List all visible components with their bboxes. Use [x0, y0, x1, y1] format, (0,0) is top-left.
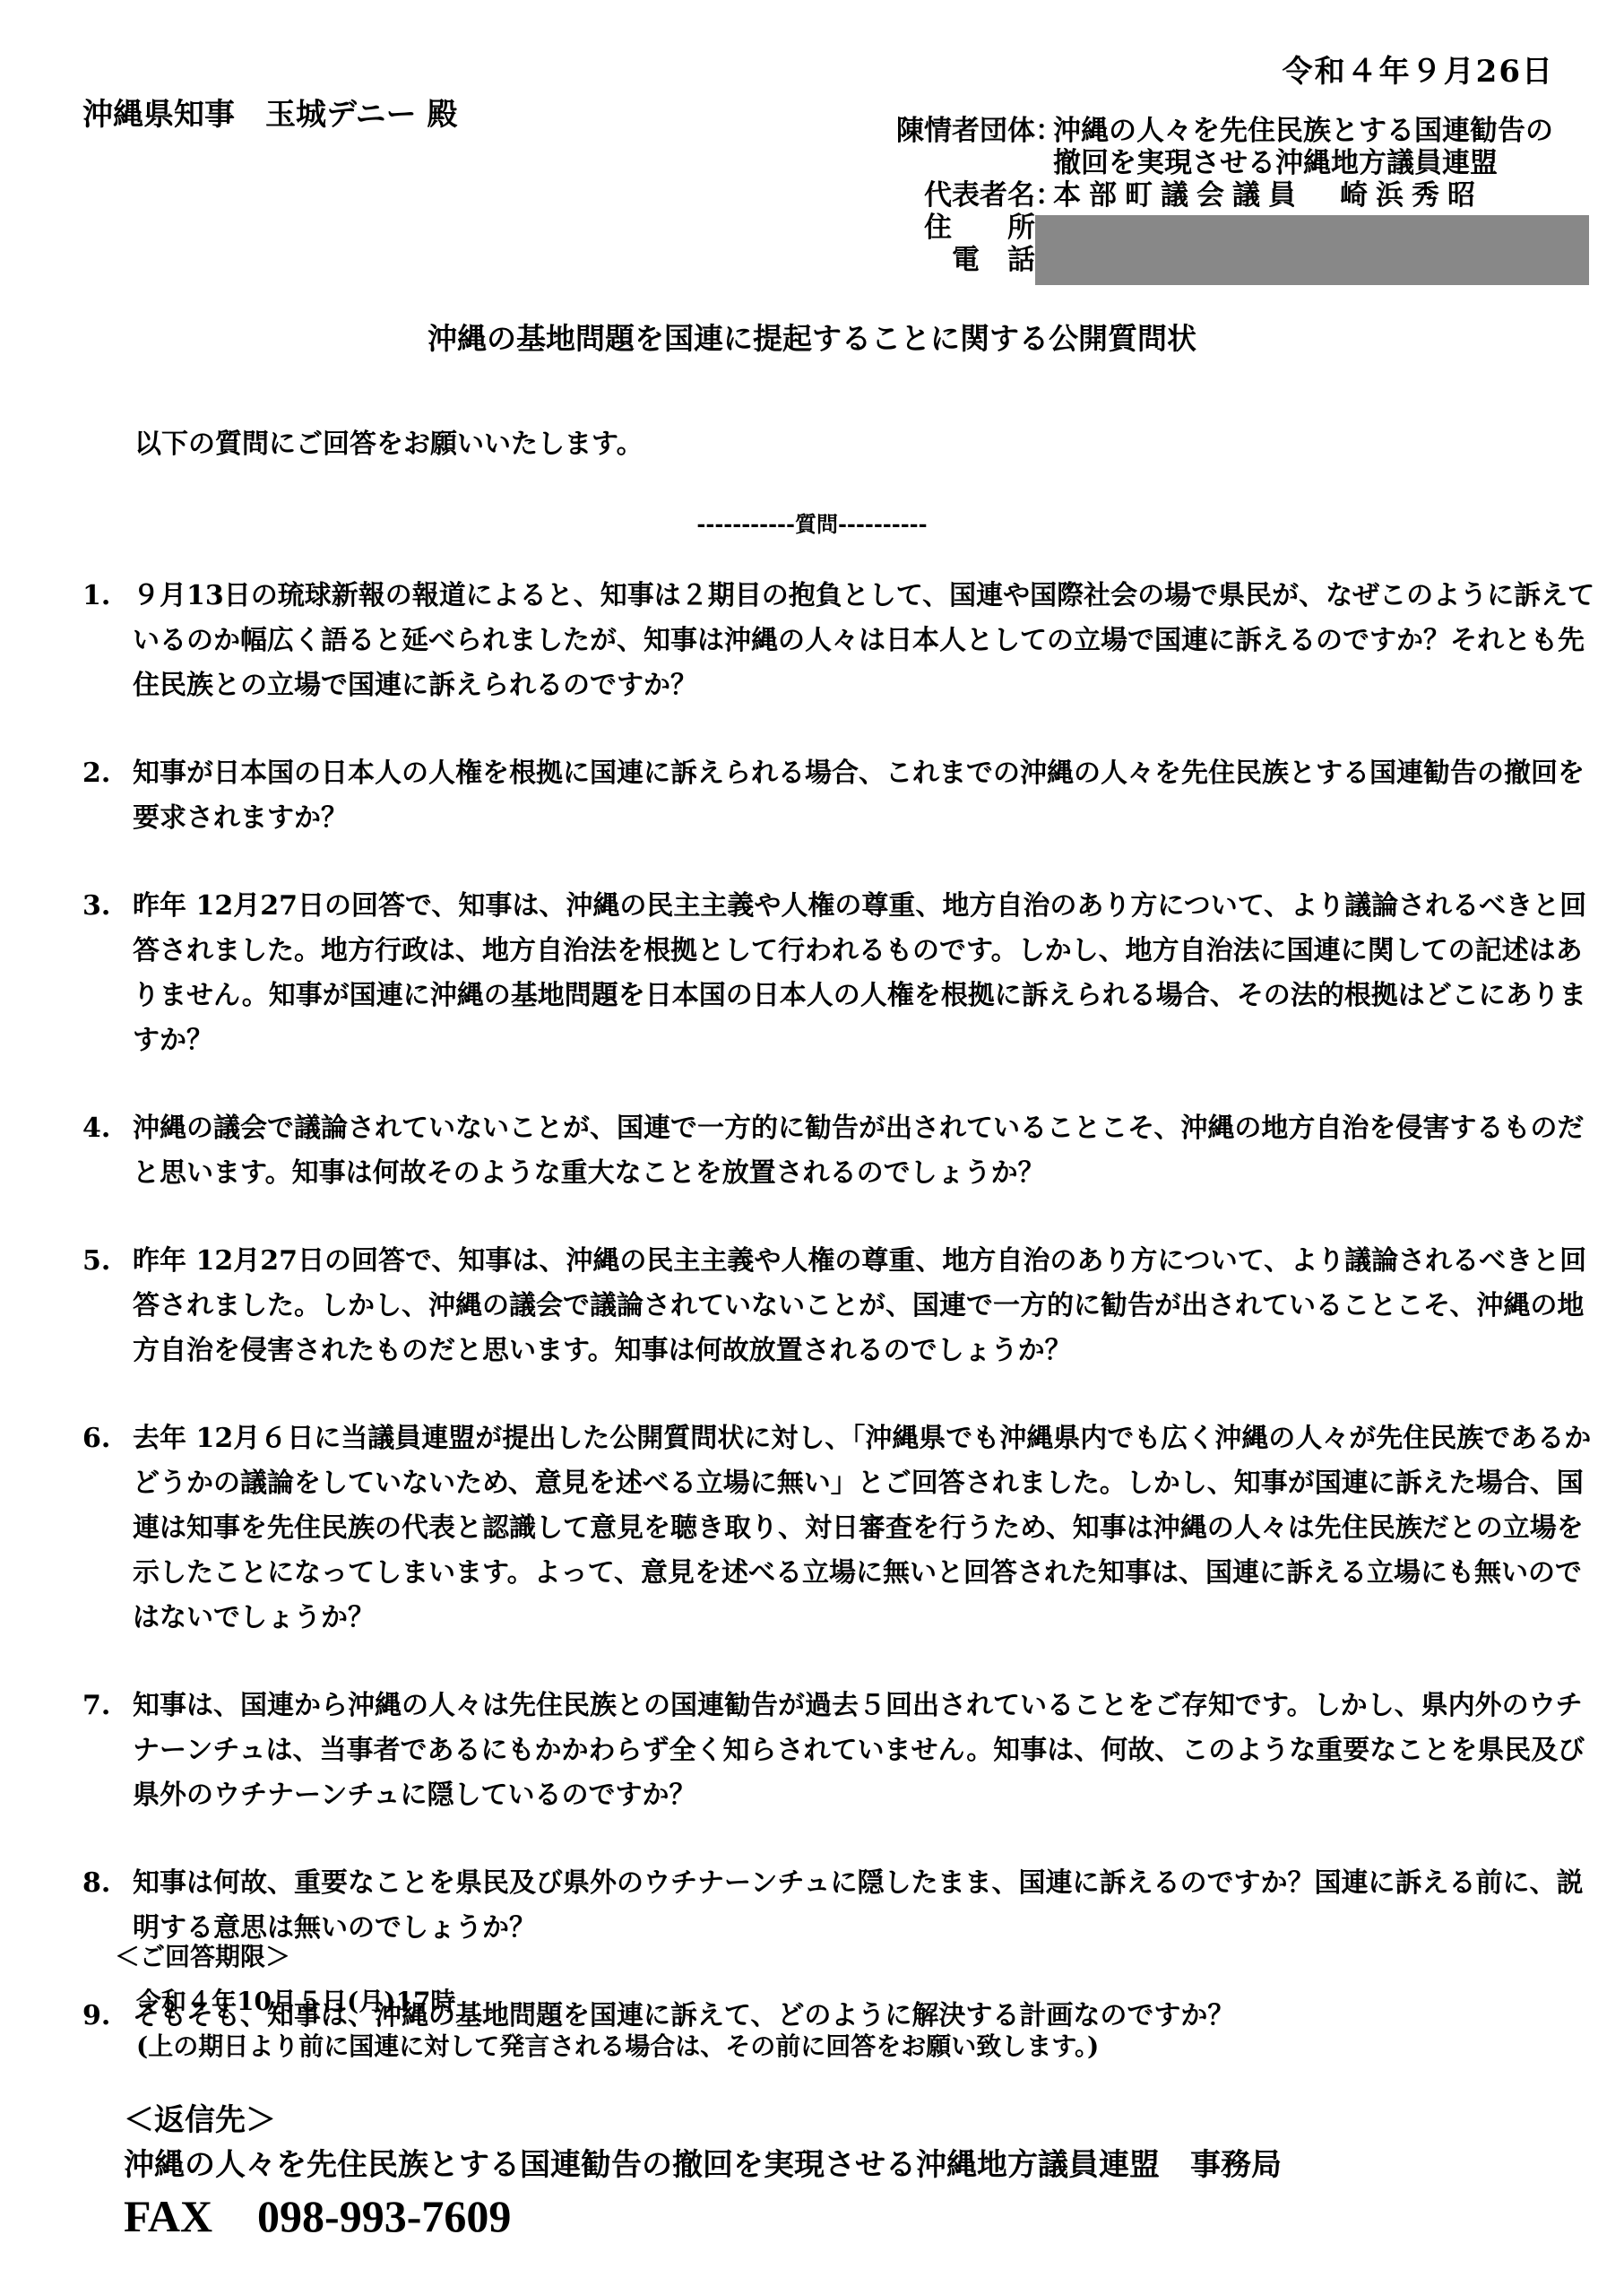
question-number: 2. — [82, 751, 133, 841]
sender-group-line2: 撤回を実現させる沖縄地方議員連盟 — [1053, 147, 1498, 179]
sender-address-label: 住 所 — [860, 212, 1035, 244]
question-number: 6. — [82, 1416, 133, 1641]
question-text: 昨年 12月27日の回答で、知事は、沖縄の民主主義や人権の尊重、地方自治のあり方… — [133, 884, 1597, 1063]
question-number: 3. — [82, 884, 133, 1063]
question-item: 4.沖縄の議会で議論されていないことが、国連で一方的に勧告が出されていることこそ… — [82, 1106, 1597, 1196]
question-item: 1.９月13日の琉球新報の報道によると、知事は２期目の抱負として、国連や国際社会… — [82, 574, 1597, 708]
sender-group-row-2: 撤回を実現させる沖縄地方議員連盟 — [860, 147, 1595, 179]
question-item: 7.知事は、国連から沖縄の人々は先住民族との国連勧告が過去５回出されていることを… — [82, 1684, 1597, 1818]
document-title: 沖縄の基地問題を国連に提起することに関する公開質問状 — [0, 316, 1624, 358]
deadline-datetime: 令和４年10月５日(月)17時 — [115, 1979, 1099, 2024]
addressee: 沖縄県知事 玉城デニー 殿 — [82, 90, 457, 134]
deadline-heading: ＜ご回答期限＞ — [115, 1935, 1099, 1979]
colon: ： — [1035, 115, 1053, 147]
redaction-box — [1035, 215, 1589, 285]
question-text: 知事は、国連から沖縄の人々は先住民族との国連勧告が過去５回出されていることをご存… — [133, 1684, 1597, 1818]
colon: ： — [1035, 179, 1053, 212]
sender-rep-label: 代表者名 — [860, 179, 1035, 212]
question-text: 知事が日本国の日本人の人権を根拠に国連に訴えられる場合、これまでの沖縄の人々を先… — [133, 751, 1597, 841]
sender-phone-label: 電 話 — [860, 244, 1035, 276]
question-number: 4. — [82, 1106, 133, 1196]
question-text: ９月13日の琉球新報の報道によると、知事は２期目の抱負として、国連や国際社会の場… — [133, 574, 1597, 708]
question-number: 1. — [82, 574, 133, 708]
reply-block: ＜返信先＞ 沖縄の人々を先住民族とする国連勧告の撤回を実現させる沖縄地方議員連盟… — [124, 2098, 1282, 2245]
question-item: 6.去年 12月６日に当議員連盟が提出した公開質問状に対し、「沖縄県でも沖縄県内… — [82, 1416, 1597, 1641]
sender-group-row: 陳情者団体 ： 沖縄の人々を先住民族とする国連勧告の — [860, 115, 1595, 147]
question-item: 2.知事が日本国の日本人の人権を根拠に国連に訴えられる場合、これまでの沖縄の人々… — [82, 751, 1597, 841]
questions-separator: -----------質問---------- — [0, 507, 1624, 538]
question-number: 7. — [82, 1684, 133, 1818]
reply-heading: ＜返信先＞ — [124, 2098, 1282, 2143]
question-list: 1.９月13日の琉球新報の報道によると、知事は２期目の抱負として、国連や国際社会… — [82, 574, 1597, 2082]
deadline-note: (上の期日より前に国連に対して発言される場合は、その前に回答をお願い致します。) — [115, 2024, 1099, 2069]
question-text: 去年 12月６日に当議員連盟が提出した公開質問状に対し、「沖縄県でも沖縄県内でも… — [133, 1416, 1597, 1641]
deadline-block: ＜ご回答期限＞ 令和４年10月５日(月)17時 (上の期日より前に国連に対して発… — [115, 1935, 1099, 2069]
reply-fax: FAX 098-993-7609 — [124, 2187, 1282, 2245]
sender-rep-row: 代表者名 ： 本部町議会議員 崎浜秀昭 — [860, 179, 1595, 212]
document-date: 令和４年９月26日 — [1283, 47, 1554, 91]
reply-organization: 沖縄の人々を先住民族とする国連勧告の撤回を実現させる沖縄地方議員連盟 事務局 — [124, 2143, 1282, 2187]
sender-group-line1: 沖縄の人々を先住民族とする国連勧告の — [1053, 115, 1553, 147]
question-text: 昨年 12月27日の回答で、知事は、沖縄の民主主義や人権の尊重、地方自治のあり方… — [133, 1239, 1597, 1373]
question-item: 3.昨年 12月27日の回答で、知事は、沖縄の民主主義や人権の尊重、地方自治のあ… — [82, 884, 1597, 1063]
question-text: 沖縄の議会で議論されていないことが、国連で一方的に勧告が出されていることこそ、沖… — [133, 1106, 1597, 1196]
sender-group-label: 陳情者団体 — [860, 115, 1035, 147]
intro-text: 以下の質問にご回答をお願いいたします。 — [134, 421, 644, 461]
question-item: 5.昨年 12月27日の回答で、知事は、沖縄の民主主義や人権の尊重、地方自治のあ… — [82, 1239, 1597, 1373]
question-number: 5. — [82, 1239, 133, 1373]
sender-rep-value: 本部町議会議員 崎浜秀昭 — [1053, 179, 1483, 212]
